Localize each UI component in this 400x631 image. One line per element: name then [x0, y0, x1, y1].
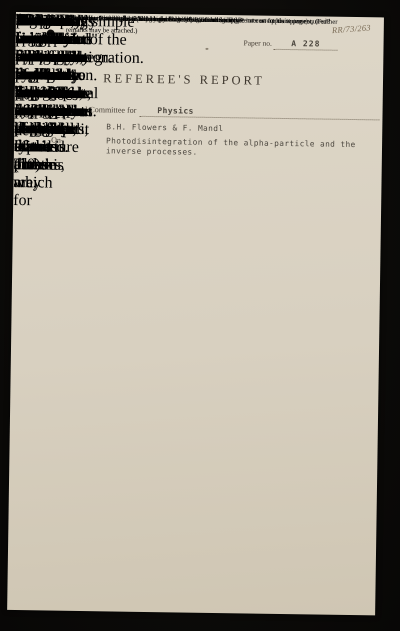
committee-line: Physics: [139, 106, 379, 121]
scan-background: RR/73/263 Paper no.A 228 REFEREE'S REPOR…: [0, 0, 400, 631]
date-handwriting: 2/12/50: [16, 12, 65, 31]
committee-value: Physics: [139, 106, 194, 116]
subject-value-line2: inverse processes.: [106, 146, 198, 157]
referee-report-page: RR/73/263 Paper no.A 228 REFEREE'S REPOR…: [7, 12, 384, 615]
paper-number-line: A 228: [274, 39, 338, 51]
paper-number-value: A 228: [291, 39, 320, 48]
paper-speck: [205, 48, 208, 50]
paper-number-label: Paper no.: [244, 38, 272, 47]
paper-by-value: B.H. Flowers & F. Mandl: [106, 122, 223, 133]
paper-number-field: Paper no.A 228: [243, 38, 337, 50]
